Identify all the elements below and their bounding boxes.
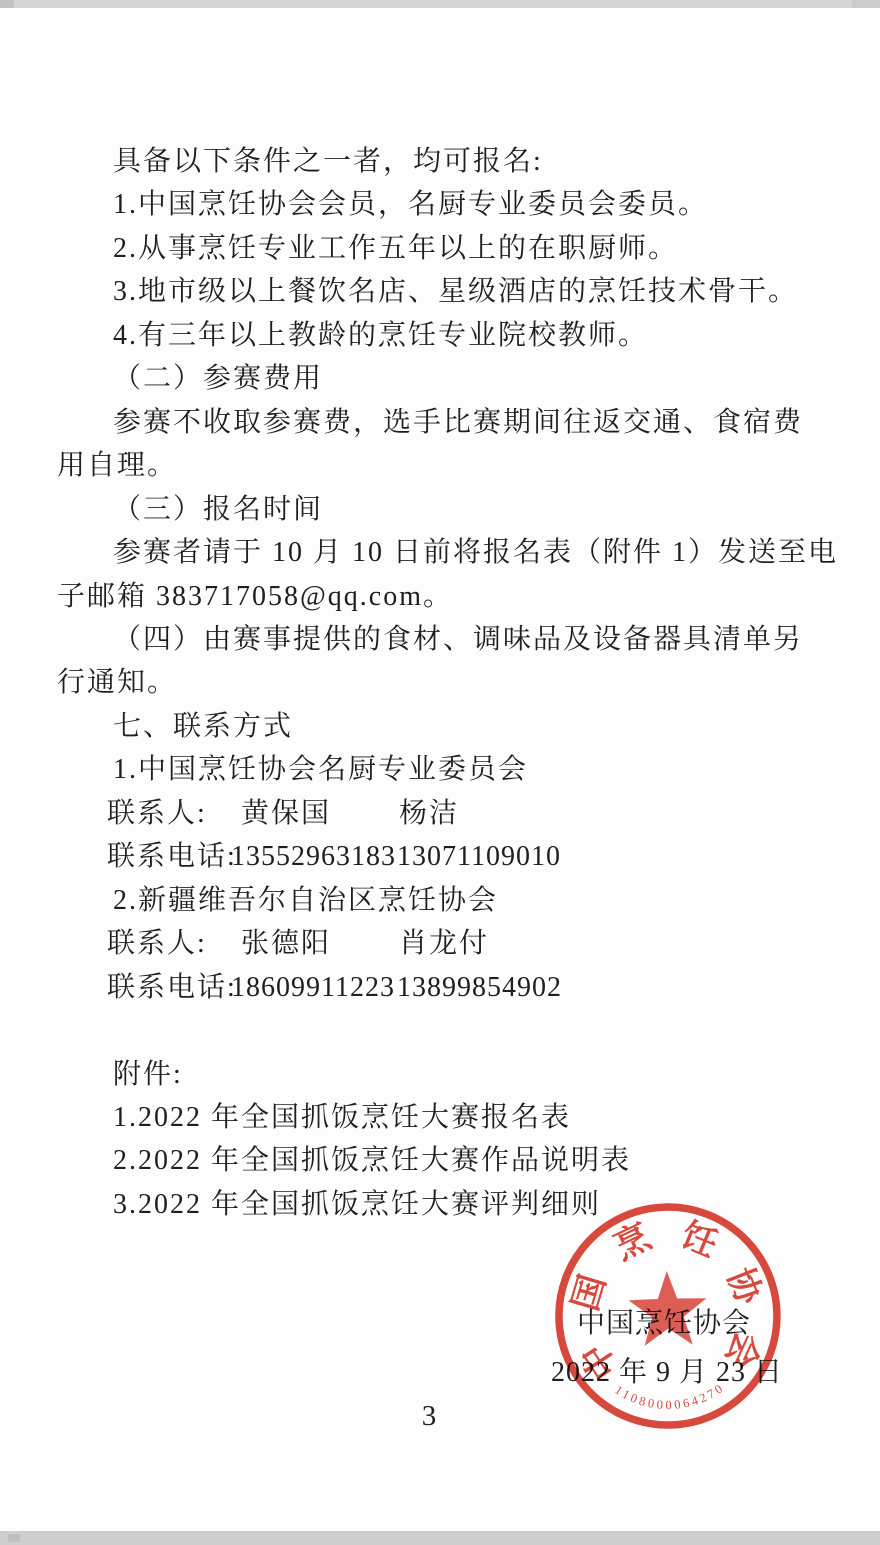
seal-arc-char: 国 [566,1270,613,1315]
text-line: 具备以下条件之一者，均可报名: [113,141,543,183]
text-line: 行通知。 [57,662,177,704]
seal-arc-char: 协 [720,1263,770,1312]
document-page: 具备以下条件之一者，均可报名:1.中国烹饪协会会员，名厨专业委员会委员。2.从事… [0,0,880,1545]
official-seal-stamp: 中国烹饪协会 1108000064270 [540,1187,799,1450]
text-line: （二）参赛费用 [113,358,323,400]
text-line: 附件: [113,1054,183,1096]
contact-label: 联系电话: [107,836,237,878]
contact-value-1: 黄保国 [241,793,331,835]
contact-value-2: 肖龙付 [399,923,489,965]
text-line: 参赛者请于 10 月 10 日前将报名表（附件 1）发送至电 [113,532,838,574]
contact-label: 联系人: [107,793,207,835]
text-line: 2.2022 年全国抓饭烹饪大赛作品说明表 [113,1140,631,1182]
text-line: 1.中国烹饪协会会员，名厨专业委员会委员。 [113,184,708,226]
contact-label: 联系电话: [107,967,237,1009]
text-line: 2.新疆维吾尔自治区烹饪协会 [113,880,498,922]
text-line: 4.有三年以上教龄的烹饪专业院校教师。 [113,315,648,357]
text-line: 七、联系方式 [113,706,293,748]
seal-star-icon [628,1270,708,1346]
text-line: 1.2022 年全国抓饭烹饪大赛报名表 [113,1097,571,1139]
text-line: （三）报名时间 [113,489,323,531]
text-line: 1.中国烹饪协会名厨专业委员会 [113,749,528,791]
text-line: 用自理。 [57,445,177,487]
seal-serial-number: 1108000064270 [612,1380,728,1414]
contact-row: 联系电话:1860991122313899854902 [0,967,820,1009]
page-number: 3 [414,1400,444,1433]
contact-value-2: 杨洁 [399,793,459,835]
contact-value-2: 13899854902 [397,967,562,1009]
text-line: 参赛不收取参赛费，选手比赛期间往返交通、食宿费 [113,402,803,444]
text-line: 子邮箱 383717058@qq.com。 [57,576,453,618]
contact-value-2: 13071109010 [397,836,561,878]
contact-value-1: 13552963183 [231,836,396,878]
seal-arc-char: 会 [718,1326,768,1374]
contact-label: 联系人: [107,923,207,965]
text-line: 2.从事烹饪专业工作五年以上的在职厨师。 [113,228,678,270]
contact-row: 联系人:张德阳肖龙付 [0,923,820,965]
contact-row: 联系电话:1355296318313071109010 [0,836,820,878]
text-line: 3.2022 年全国抓饭烹饪大赛评判细则 [113,1184,601,1226]
contact-row: 联系人:黄保国杨洁 [0,793,820,835]
text-line: （四）由赛事提供的食材、调味品及设备器具清单另 [113,619,803,661]
contact-value-1: 张德阳 [241,923,331,965]
text-line: 3.地市级以上餐饮名店、星级酒店的烹饪技术骨干。 [113,271,798,313]
contact-value-1: 18609911223 [231,967,395,1009]
seal-arc-char: 饪 [676,1216,723,1265]
